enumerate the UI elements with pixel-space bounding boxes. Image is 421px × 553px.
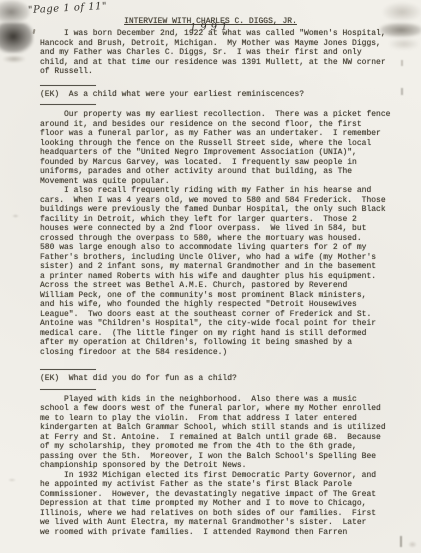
answer-paragraph-1: Our property was my earliest recollectio… xyxy=(40,110,396,357)
intro-paragraph: I was born December 2nd, 1922 at what wa… xyxy=(40,29,396,77)
question-divider xyxy=(40,104,96,105)
scan-mark-left-1 xyxy=(12,214,19,218)
scan-smudge-top-left-tail xyxy=(2,55,26,63)
scan-mark-right-4 xyxy=(408,541,417,548)
question-divider xyxy=(40,85,96,86)
scan-mark-right-3 xyxy=(400,536,402,547)
interviewer-question-1: (EK) As a child what were your earliest … xyxy=(40,90,396,100)
interviewer-question-2: (EK) What did you do for fun as a child? xyxy=(40,374,396,384)
answer-paragraph-2: Played with kids in the neighborhood. Al… xyxy=(40,395,396,538)
question-divider xyxy=(40,389,96,390)
scan-mark-right-2 xyxy=(401,88,403,95)
question-divider xyxy=(40,369,96,370)
scan-mark-right-1 xyxy=(401,60,403,66)
document-body: I was born December 2nd, 1922 at what wa… xyxy=(40,29,396,537)
scanned-document-page: "Page 1 of 11" INTERVIEW WITH CHARLES C.… xyxy=(0,0,421,553)
scan-mark-left-2 xyxy=(8,478,16,482)
